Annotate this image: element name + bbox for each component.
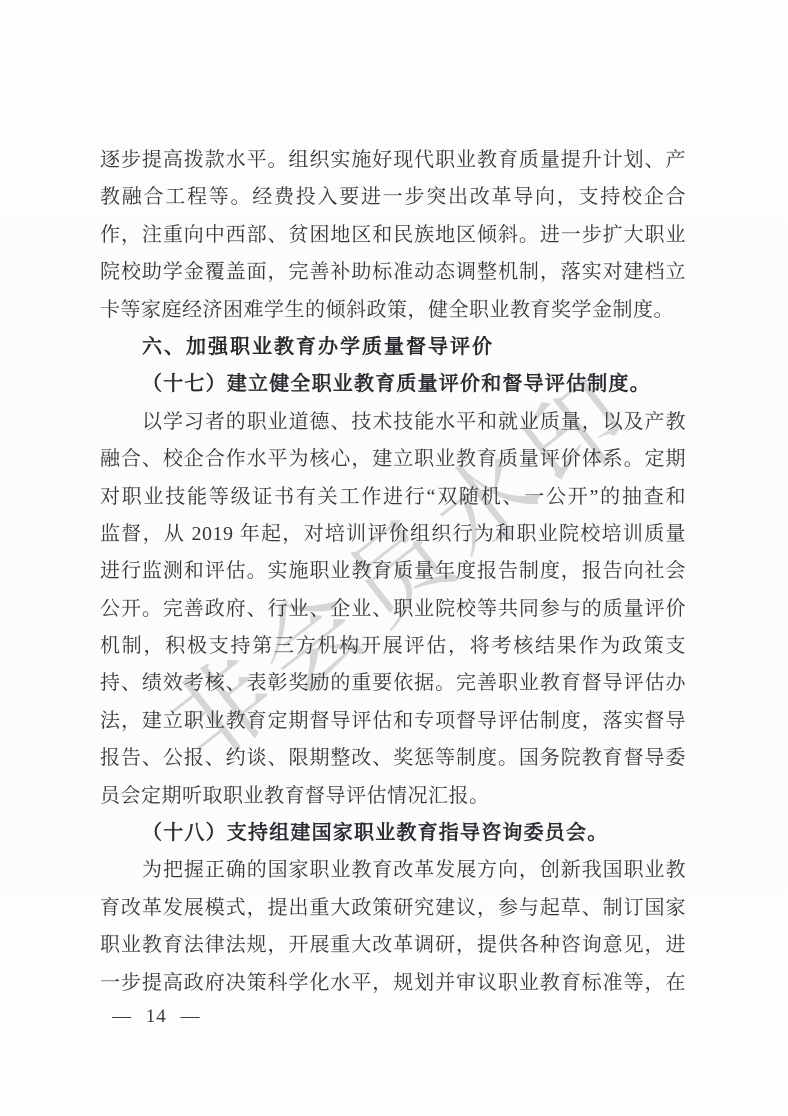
body-line: 融合、校企合作水平为核心，建立职业教育质量评价体系。定期 (100, 441, 686, 478)
body-line: 报告、公报、约谈、限期整改、奖惩等制度。国务院教育督导委 (100, 740, 686, 777)
body-line: 为把握正确的国家职业教育改革发展方向，创新我国职业教 (100, 852, 686, 889)
section-heading: 六、加强职业教育办学质量督导评价 (100, 329, 686, 366)
body-line: 逐步提高拨款水平。组织实施好现代职业教育质量提升计划、产 (100, 142, 686, 179)
clause-heading: （十七）建立健全职业教育质量评价和督导评估制度。 (100, 366, 686, 403)
body-line: 以学习者的职业道德、技术技能水平和就业质量，以及产教 (100, 404, 686, 441)
body-line: 公开。完善政府、行业、企业、职业院校等共同参与的质量评价 (100, 591, 686, 628)
body-line: 职业教育法律法规，开展重大改革调研，提供各种咨询意见，进 (100, 927, 686, 964)
body-line: 一步提高政府决策科学化水平，规划并审议职业教育标准等，在 (100, 965, 686, 1002)
body-line: 员会定期听取职业教育督导评估情况汇报。 (100, 778, 686, 815)
body-line: 卡等家庭经济困难学生的倾斜政策，健全职业教育奖学金制度。 (100, 292, 686, 329)
body-line: 教融合工程等。经费投入要进一步突出改革导向，支持校企合 (100, 179, 686, 216)
body-line: 持、绩效考核、表彰奖励的重要依据。完善职业教育督导评估办 (100, 665, 686, 702)
body-line: 作，注重向中西部、贫困地区和民族地区倾斜。进一步扩大职业 (100, 217, 686, 254)
text-block: 逐步提高拨款水平。组织实施好现代职业教育质量提升计划、产 教融合工程等。经费投入… (100, 142, 686, 1002)
page-number: — 14 — (112, 1003, 201, 1031)
clause-heading: （十八）支持组建国家职业教育指导咨询委员会。 (100, 815, 686, 852)
body-line: 监督，从 2019 年起，对培训评价组织行为和职业院校培训质量 (100, 516, 686, 553)
body-line: 院校助学金覆盖面，完善补助标准动态调整机制，落实对建档立 (100, 254, 686, 291)
body-line: 育改革发展模式，提出重大政策研究建议，参与起草、制订国家 (100, 890, 686, 927)
body-line: 法，建立职业教育定期督导评估和专项督导评估制度，落实督导 (100, 703, 686, 740)
body-line: 进行监测和评估。实施职业教育质量年度报告制度，报告向社会 (100, 553, 686, 590)
body-line: 对职业技能等级证书有关工作进行“双随机、一公开”的抽查和 (100, 479, 686, 516)
body-line: 机制，积极支持第三方机构开展评估，将考核结果作为政策支 (100, 628, 686, 665)
document-page: 非会员水印 逐步提高拨款水平。组织实施好现代职业教育质量提升计划、产 教融合工程… (0, 0, 788, 1116)
